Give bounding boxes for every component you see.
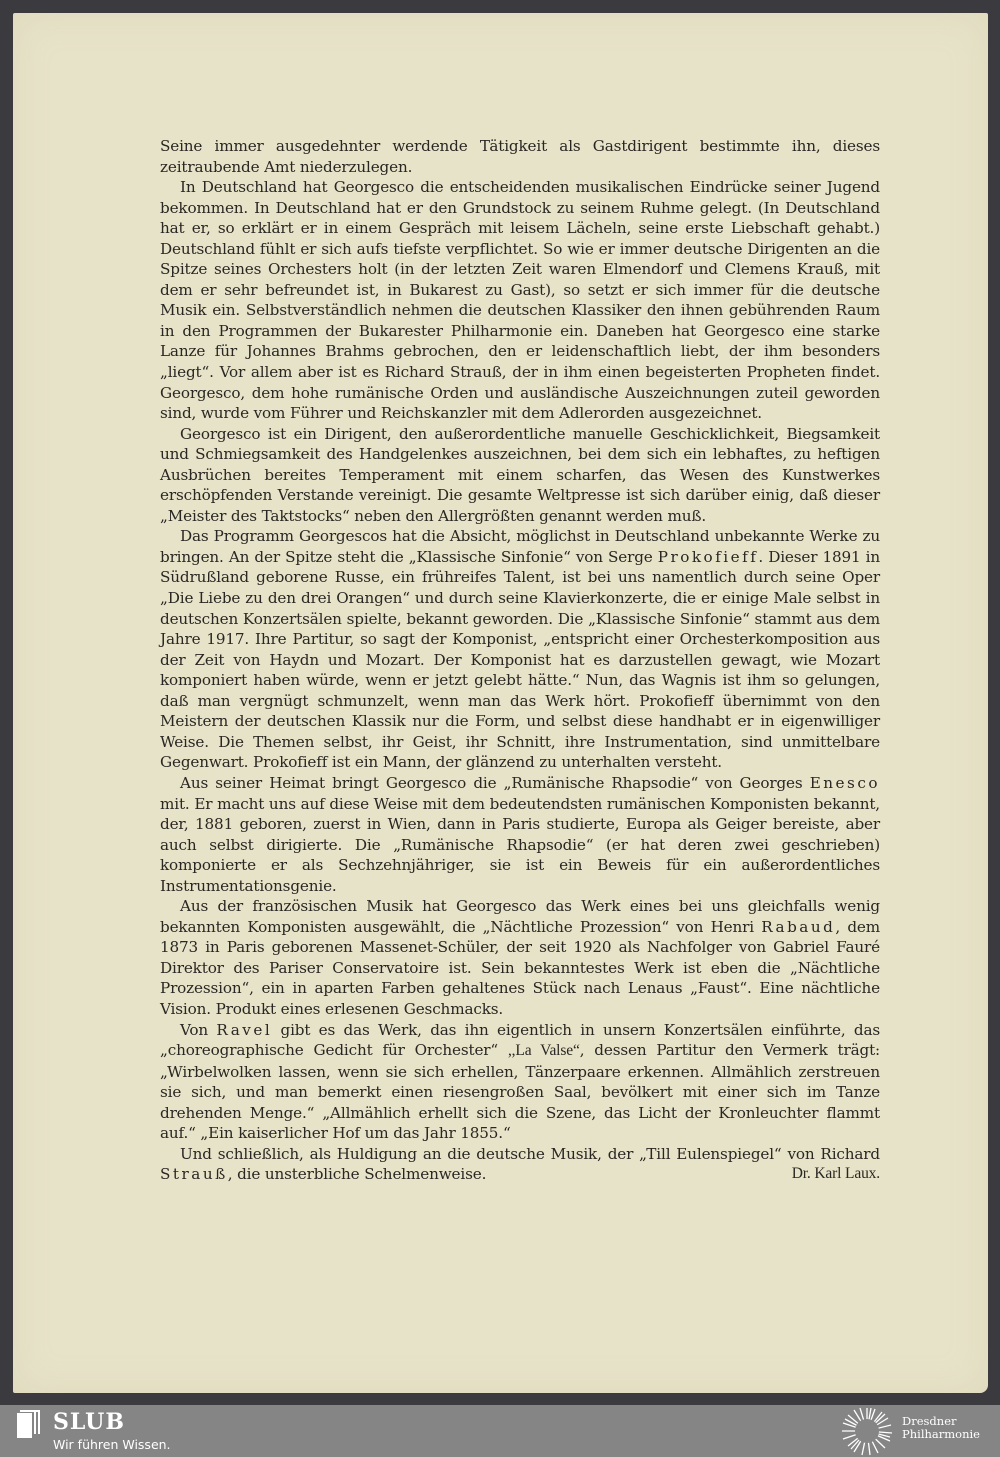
slub-book-icon[interactable] bbox=[14, 1410, 42, 1440]
text: Aus seiner Heimat bringt Georgesco die „… bbox=[180, 774, 810, 792]
composer-name: Rabaud bbox=[761, 918, 835, 936]
text: , die unsterbliche Schelmenweise. bbox=[228, 1165, 487, 1183]
dresdner-philharmonie-logo-text[interactable]: Dresdner Philharmonie bbox=[902, 1415, 980, 1441]
author-signature: Dr. Karl Laux. bbox=[772, 1164, 880, 1185]
paragraph-ravel: Von Ravel gibt es das Werk, das ihn eige… bbox=[160, 1020, 880, 1144]
article-text: Seine immer ausgedehnter werdende Tätigk… bbox=[160, 136, 880, 1185]
logo-line: Philharmonie bbox=[902, 1428, 980, 1441]
paragraph-enesco: Aus seiner Heimat bringt Georgesco die „… bbox=[160, 773, 880, 896]
paragraph-strauss: Und schließlich, als Huldigung an die de… bbox=[160, 1144, 880, 1185]
paragraph-rabaud: Aus der französischen Musik hat Georgesc… bbox=[160, 896, 880, 1019]
text: . Dieser 1891 in Südrußland geborene Rus… bbox=[160, 548, 880, 771]
text: mit. Er macht uns auf diese Weise mit de… bbox=[160, 795, 880, 895]
text: Und schließlich, als Huldigung an die de… bbox=[180, 1145, 880, 1163]
text: Von bbox=[180, 1021, 216, 1039]
slub-logo-text[interactable]: SLUB bbox=[53, 1409, 125, 1435]
scanned-page: Seine immer ausgedehnter werdende Tätigk… bbox=[13, 13, 988, 1393]
paragraph: Georgesco ist ein Dirigent, den außerord… bbox=[160, 424, 880, 527]
composer-name: Enesco bbox=[810, 774, 880, 792]
paragraph-prokofieff: Das Programm Georgescos hat die Absicht,… bbox=[160, 526, 880, 773]
paragraph: In Deutschland hat Georgesco die entsche… bbox=[160, 177, 880, 424]
composer-name: Prokofieff bbox=[658, 548, 759, 566]
footer-bar: SLUB Wir führen Wissen. bbox=[0, 1405, 1000, 1457]
slub-tagline: Wir führen Wissen. bbox=[53, 1437, 171, 1452]
composer-name: Ravel bbox=[216, 1021, 272, 1039]
dresdner-philharmonie-sunburst-icon[interactable] bbox=[840, 1406, 894, 1456]
composer-name: Strauß bbox=[160, 1165, 228, 1183]
paragraph: Seine immer ausgedehnter werdende Tätigk… bbox=[160, 136, 880, 177]
work-title: ,,La Valse“ bbox=[508, 1042, 580, 1059]
